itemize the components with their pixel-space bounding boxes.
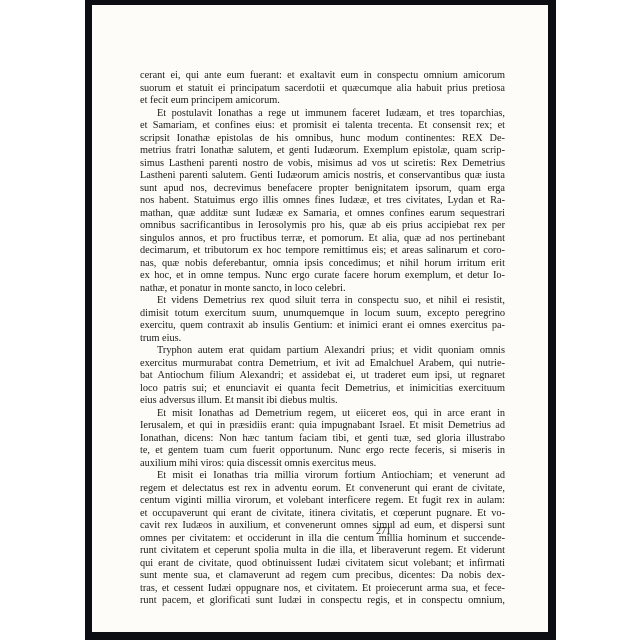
text-line: nathæ, et ponatur in monte sancto, in lo…: [140, 283, 505, 296]
text-line: regem et delectatus est rex in adventu e…: [140, 483, 505, 496]
text-line: centum viginti millia virorum, et voleba…: [140, 495, 505, 508]
text-line: omnibus sacrificantibus in Ierosolymis p…: [140, 220, 505, 233]
text-line: suorum et statuit ei principatum sacerdo…: [140, 83, 505, 96]
text-line: Et misit ei Ionathas tria millia virorum…: [140, 470, 505, 483]
text-line: Et videns Demetrius rex quod siluit terr…: [140, 295, 505, 308]
text-line: cavit rex Iudæos in auxilium, et convene…: [140, 520, 505, 533]
text-line: nas, quæ nobis deferebantur, omnia ipsis…: [140, 258, 505, 271]
text-line: simus Lastheni parenti nostro de vobis, …: [140, 158, 505, 171]
text-line: Ierusalem, et qui in præsidiis erant: qu…: [140, 420, 505, 433]
text-line: Et misit Ionathas ad Demetrium regem, ut…: [140, 408, 505, 421]
text-line: Ionathan, dicens: Non hæc tantum faciam …: [140, 433, 505, 446]
page-number: 271: [376, 526, 391, 537]
page-text: cerant ei, qui ante eum fuerant: et exal…: [140, 70, 505, 608]
text-line: dimisit totum exercitum suum, unumquemqu…: [140, 308, 505, 321]
text-line: cerant ei, qui ante eum fuerant: et exal…: [140, 70, 505, 83]
text-line: exercitu, quem contraxit ab insulis Gent…: [140, 320, 505, 333]
paragraph: Et misit Ionathas ad Demetrium regem, ut…: [140, 408, 505, 471]
paragraph: Et postulavit Ionathas a rege ut immunem…: [140, 108, 505, 296]
text-line: mathan, quæ additæ sunt Iudææ ex Samaria…: [140, 208, 505, 221]
text-line: auxilium mihi viros: quia discessit omni…: [140, 458, 505, 471]
text-line: bat Antiochum filium Alexandri; et assid…: [140, 370, 505, 383]
text-line: loco patris sui; et enunciavit ei quanta…: [140, 383, 505, 396]
text-line: decimarum, et tributorum ex hoc tempore …: [140, 245, 505, 258]
text-line: Et postulavit Ionathas a rege ut immunem…: [140, 108, 505, 121]
text-line: tras, et cessent Iudæi oppugnare nos, et…: [140, 583, 505, 596]
paragraph: cerant ei, qui ante eum fuerant: et exal…: [140, 70, 505, 108]
text-line: ex hoc, et in omne tempus. Nunc ergo cur…: [140, 270, 505, 283]
text-line: scripsit Ionathæ epistolas de his omnibu…: [140, 133, 505, 146]
text-line: nos habent. Statuimus ergo illis omnes f…: [140, 195, 505, 208]
text-line: sunt apud nos, decrevimus benefacere pro…: [140, 183, 505, 196]
text-line: trum eius.: [140, 333, 505, 346]
text-line: te, et gentem tuam cum fuerit opportunum…: [140, 445, 505, 458]
text-line: singulos annos, et pro fructibus terræ, …: [140, 233, 505, 246]
text-line: omnes per civitatem: et occiderunt in il…: [140, 533, 505, 546]
paragraph: Et videns Demetrius rex quod siluit terr…: [140, 295, 505, 345]
text-line: sunt mente sua, et clamaverunt ad regem …: [140, 570, 505, 583]
text-line: Lastheni parenti salutem. Genti Iudæorum…: [140, 170, 505, 183]
text-line: et occupaverunt qui erant de civitate, i…: [140, 508, 505, 521]
paragraph: Et misit ei Ionathas tria millia virorum…: [140, 470, 505, 608]
text-line: runt civitatem et ceperunt spolia multa …: [140, 545, 505, 558]
text-line: metrius fratri Ionathæ salutem, et genti…: [140, 145, 505, 158]
text-line: Tryphon autem erat quidam partium Alexan…: [140, 345, 505, 358]
text-line: et Samariam, et confines eius: et promis…: [140, 120, 505, 133]
paragraph: Tryphon autem erat quidam partium Alexan…: [140, 345, 505, 408]
text-line: runt pacem, et glorificati sunt Iudæi in…: [140, 595, 505, 608]
text-line: qui erant de civitate, quod obtinuissent…: [140, 558, 505, 571]
text-line: et fecit eum principem amicorum.: [140, 95, 505, 108]
text-line: exercitus murmurabat contra Demetrium, e…: [140, 358, 505, 371]
text-line: eius adversus illum. Et mansit ibi diebu…: [140, 395, 505, 408]
